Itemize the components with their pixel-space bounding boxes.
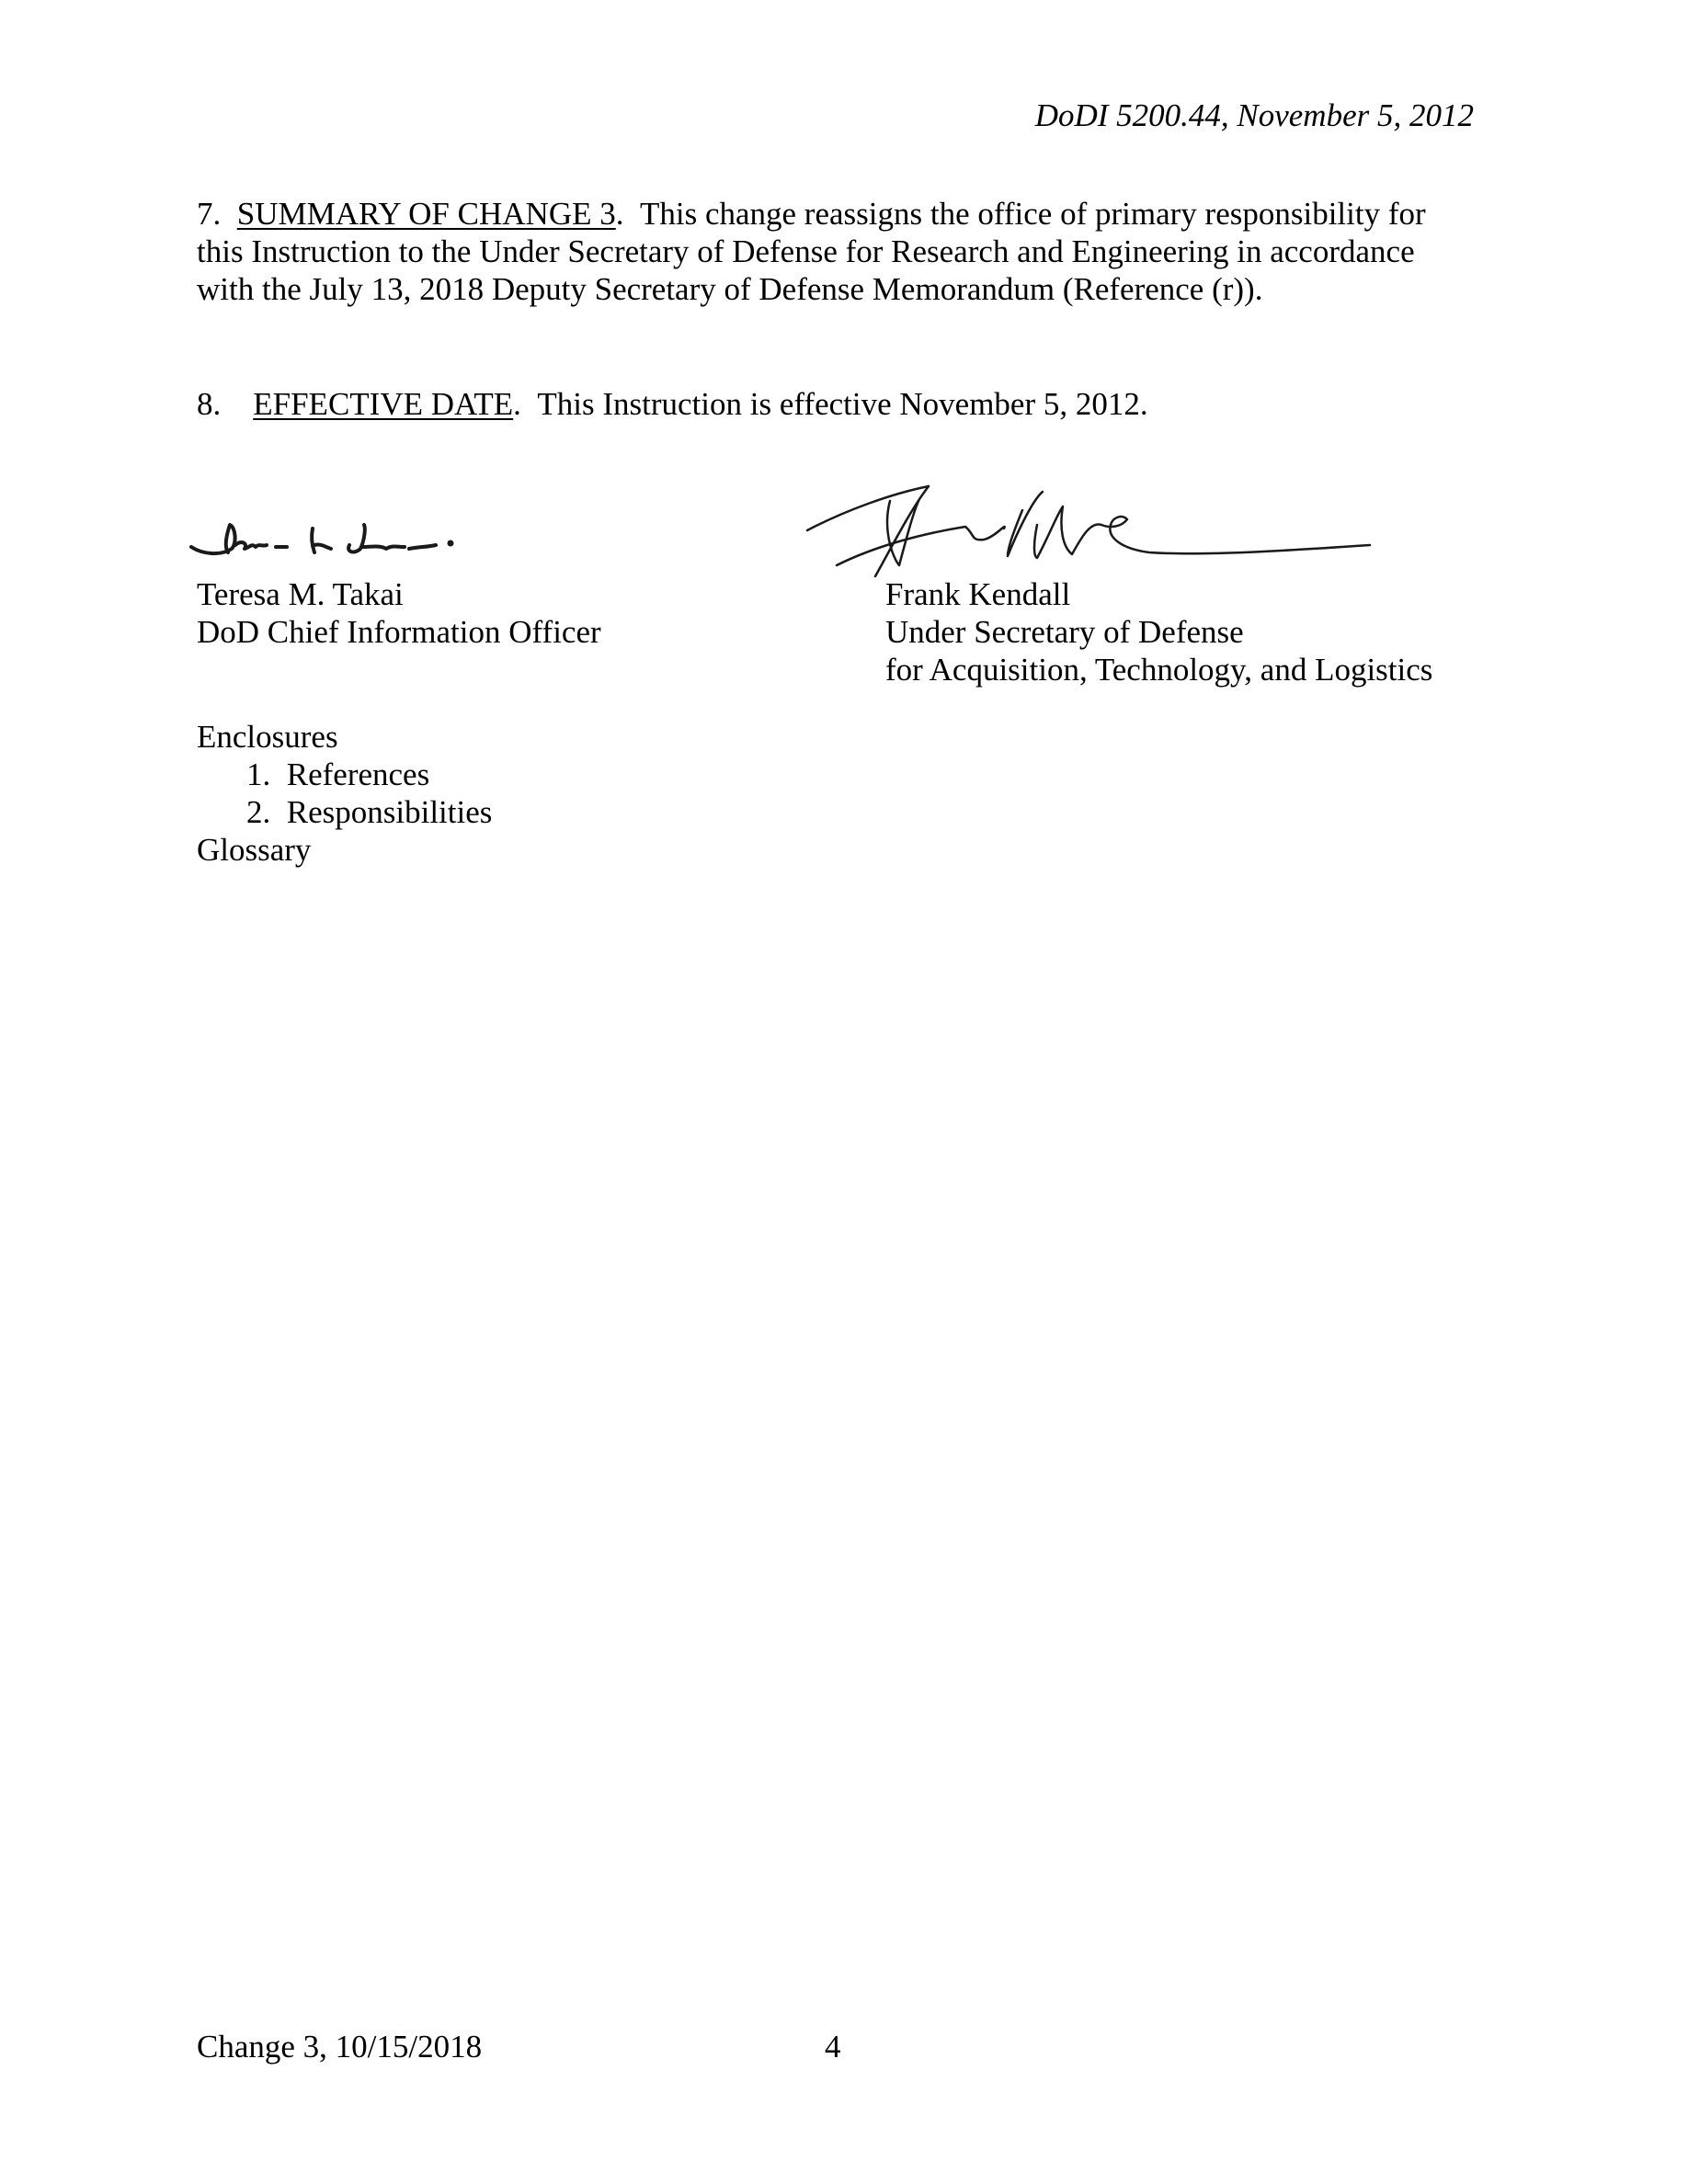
signatory-title: for Acquisition, Technology, and Logisti…	[885, 651, 1432, 688]
signature-kendall-icon	[791, 473, 1434, 579]
enclosure-item: 1. References	[197, 756, 492, 793]
signatory-title: Under Secretary of Defense	[885, 613, 1432, 651]
signatory-kendall: Frank Kendall Under Secretary of Defense…	[885, 575, 1432, 688]
section-body-line: this Instruction to the Under Secretary …	[197, 233, 1502, 270]
signatory-name: Teresa M. Takai	[197, 575, 601, 613]
section-effective-date: 8. EFFECTIVE DATE. This Instruction is e…	[197, 385, 1502, 423]
page-number: 4	[825, 2028, 841, 2065]
section-summary-of-change: 7. SUMMARY OF CHANGE 3. This change reas…	[197, 195, 1502, 308]
signatory-takai: Teresa M. Takai DoD Chief Information Of…	[197, 575, 601, 651]
section-number: 7.	[197, 196, 221, 232]
enclosures-label: Enclosures	[197, 718, 492, 756]
enclosures-list: Enclosures 1. References 2. Responsibili…	[197, 718, 492, 869]
signature-takai-icon	[184, 519, 542, 584]
signatory-title: DoD Chief Information Officer	[197, 613, 601, 651]
section-heading: SUMMARY OF CHANGE 3	[237, 196, 616, 232]
glossary-label: Glossary	[197, 831, 492, 869]
enclosure-item: 2. Responsibilities	[197, 793, 492, 831]
footer-change-label: Change 3, 10/15/2018	[197, 2028, 482, 2065]
running-header: DoDI 5200.44, November 5, 2012	[1035, 97, 1474, 134]
section-body-line: This change reassigns the office of prim…	[640, 196, 1426, 232]
signatory-name: Frank Kendall	[885, 575, 1432, 613]
section-number: 8.	[197, 386, 221, 422]
section-body-line: with the July 13, 2018 Deputy Secretary …	[197, 270, 1502, 308]
section-heading: EFFECTIVE DATE	[253, 386, 513, 422]
section-body: This Instruction is effective November 5…	[537, 386, 1147, 422]
